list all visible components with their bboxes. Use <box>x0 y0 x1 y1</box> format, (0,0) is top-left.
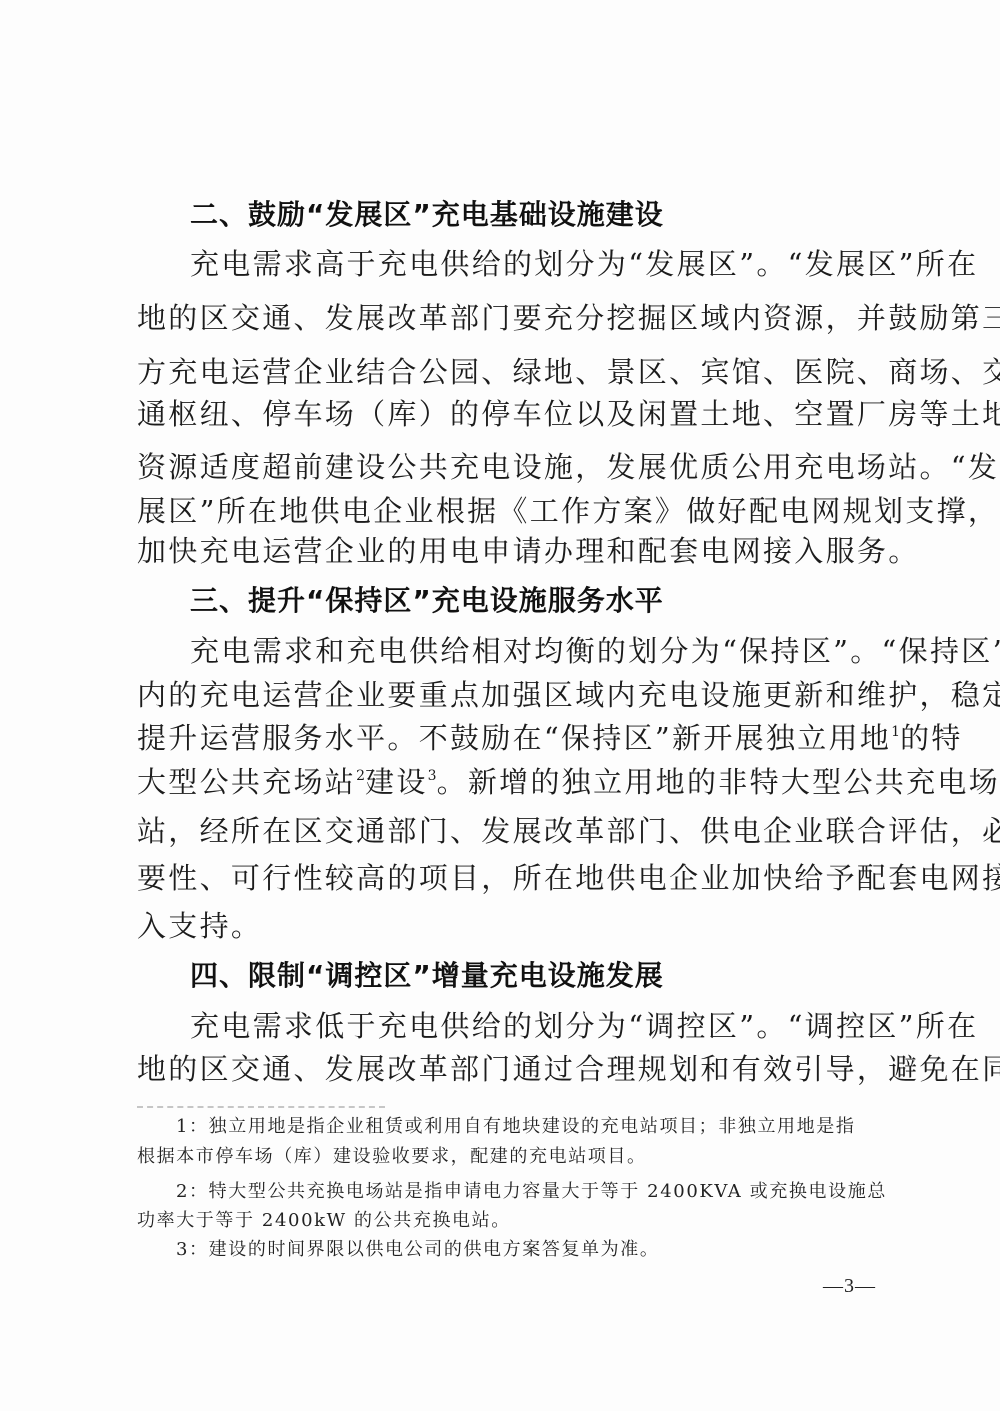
footnote-ref-2: 2 <box>356 768 365 784</box>
section-heading-2: 二、鼓励“发展区”充电基础设施建设 <box>190 194 664 236</box>
footnote-text: 建设的时间界限以供电公司的供电方案答复单为准。 <box>209 1239 660 1260</box>
footnote-label: 1： <box>176 1116 209 1137</box>
text-segment: 提升运营服务水平。不鼓励在“保持区”新开展独立用地 <box>137 721 891 755</box>
paragraph-line: 资源适度超前建设公共充电设施，发展优质公用充电场站。“发 <box>137 446 999 488</box>
section-heading-4: 四、限制“调控区”增量充电设施发展 <box>190 955 664 997</box>
footnote-label: 2： <box>176 1181 209 1202</box>
paragraph-line: 展区”所在地供电企业根据《工作方案》做好配电网规划支撑， <box>137 490 999 532</box>
footnote-ref-1: 1 <box>891 724 900 740</box>
paragraph-line: 内的充电运营企业要重点加强区域内充电设施更新和维护，稳定 <box>137 674 1000 716</box>
footnote-2-continuation: 功率大于等于 2400kW 的公共充换电站。 <box>137 1207 511 1235</box>
footnote-2: 2：特大型公共充换电场站是指申请电力容量大于等于 2400KVA 或充换电设施总 <box>176 1178 887 1206</box>
paragraph-line: 通枢纽、停车场（库）的停车位以及闲置土地、空置厂房等土地 <box>137 393 1000 435</box>
paragraph-line: 大型公共充场站2建设3。新增的独立用地的非特大型公共充电场 <box>137 761 1000 803</box>
paragraph-line: 入支持。 <box>137 905 262 947</box>
paragraph-line: 充电需求和充电供给相对均衡的划分为“保持区”。“保持区” <box>190 630 1000 672</box>
paragraph-line: 方充电运营企业结合公园、绿地、景区、宾馆、医院、商场、交 <box>137 351 1000 393</box>
footnote-3: 3：建设的时间界限以供电公司的供电方案答复单为准。 <box>176 1236 659 1264</box>
paragraph-line: 地的区交通、发展改革部门要充分挖掘区域内资源，并鼓励第三 <box>137 297 1000 339</box>
footnote-separator <box>137 1106 385 1108</box>
footnote-1: 1：独立用地是指企业租赁或利用自有地块建设的充电站项目；非独立用地是指 <box>176 1113 855 1141</box>
footnote-text: 独立用地是指企业租赁或利用自有地块建设的充电站项目；非独立用地是指 <box>209 1116 856 1137</box>
footnote-label: 3： <box>176 1239 209 1260</box>
paragraph-line: 充电需求低于充电供给的划分为“调控区”。“调控区”所在 <box>190 1005 978 1047</box>
footnote-1-continuation: 根据本市停车场（库）建设验收要求，配建的充电站项目。 <box>137 1143 647 1171</box>
footnote-text: 特大型公共充换电场站是指申请电力容量大于等于 2400KVA 或充换电设施总 <box>209 1181 887 1202</box>
text-segment: 。新增的独立用地的非特大型公共充电场 <box>437 765 1000 799</box>
paragraph-line: 提升运营服务水平。不鼓励在“保持区”新开展独立用地1的特 <box>137 717 963 759</box>
text-segment: 的特 <box>900 721 963 755</box>
document-page: 二、鼓励“发展区”充电基础设施建设 充电需求高于充电供给的划分为“发展区”。“发… <box>0 0 1000 1411</box>
paragraph-line: 站，经所在区交通部门、发展改革部门、供电企业联合评估，必 <box>137 810 1000 852</box>
text-segment: 大型公共充场站 <box>137 765 356 799</box>
footnote-ref-3: 3 <box>428 768 437 784</box>
paragraph-line: 地的区交通、发展改革部门通过合理规划和有效引导，避免在同 <box>137 1048 1000 1090</box>
page-number: —3— <box>823 1275 876 1298</box>
section-heading-3: 三、提升“保持区”充电设施服务水平 <box>190 580 664 622</box>
paragraph-line: 加快充电运营企业的用电申请办理和配套电网接入服务。 <box>137 530 920 572</box>
text-segment: 建设 <box>365 765 428 799</box>
paragraph-line: 充电需求高于充电供给的划分为“发展区”。“发展区”所在 <box>190 243 978 285</box>
paragraph-line: 要性、可行性较高的项目，所在地供电企业加快给予配套电网接 <box>137 857 1000 899</box>
